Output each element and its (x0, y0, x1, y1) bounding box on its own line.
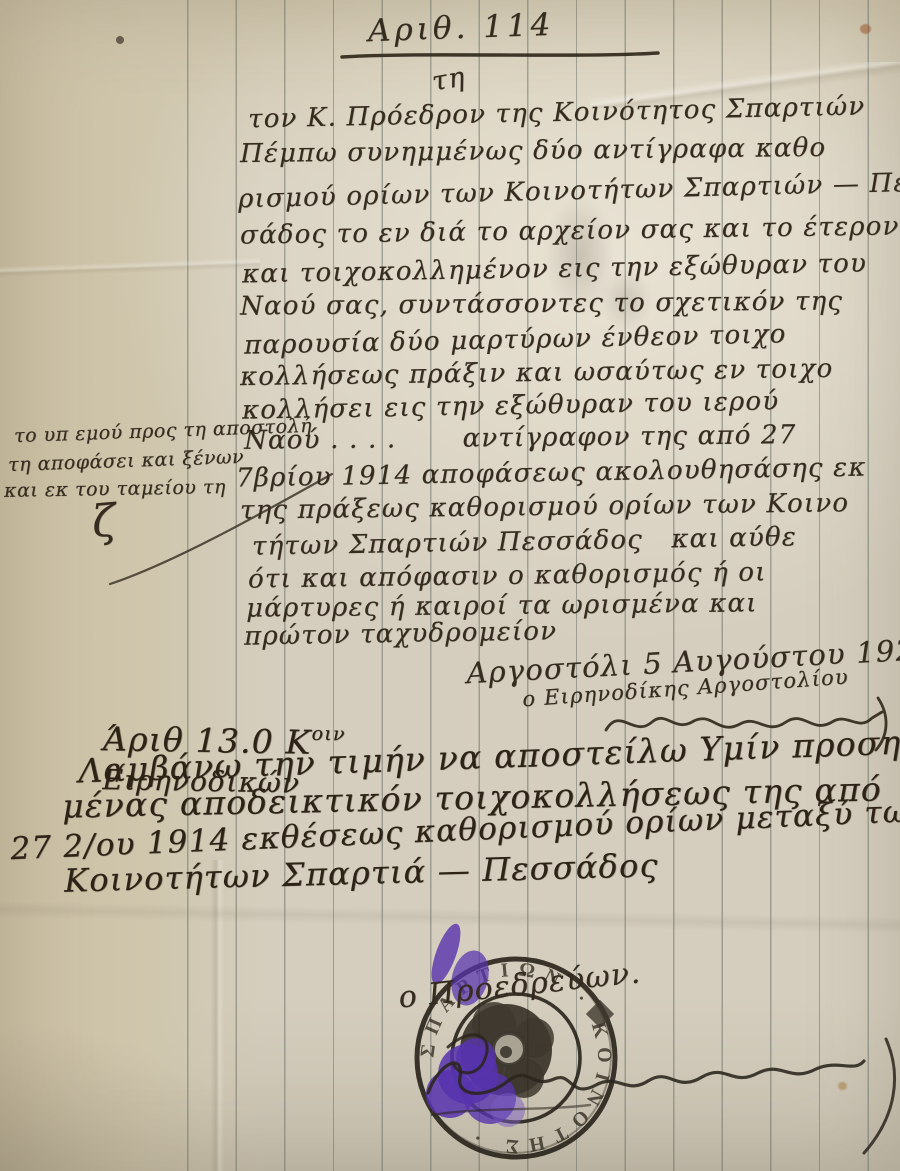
president-signature (420, 1015, 890, 1125)
handwritten-line: πρώτον ταχυδρομείον (244, 616, 558, 651)
document-number: Αριθ. 114 (367, 7, 554, 49)
header-underline (340, 48, 662, 62)
header-flourish: τη (430, 61, 468, 97)
handwritten-line: Ναού σας, συντάσσοντες το σχετικόν της (240, 286, 843, 321)
signature-tail-stroke (828, 1035, 900, 1160)
document-photo: Αριθ. 114 τη τον Κ. Πρόεδρον της Κοινότη… (0, 0, 900, 1171)
handwritten-line: Ναού . . . . αντίγραφον της από 27 (244, 420, 797, 456)
margin-note-flourish: ζ (90, 495, 119, 548)
handwritten-line: Πέμπω συνημμένως δύο αντίγραφα καθο (240, 133, 827, 169)
ink-speck (116, 36, 124, 44)
